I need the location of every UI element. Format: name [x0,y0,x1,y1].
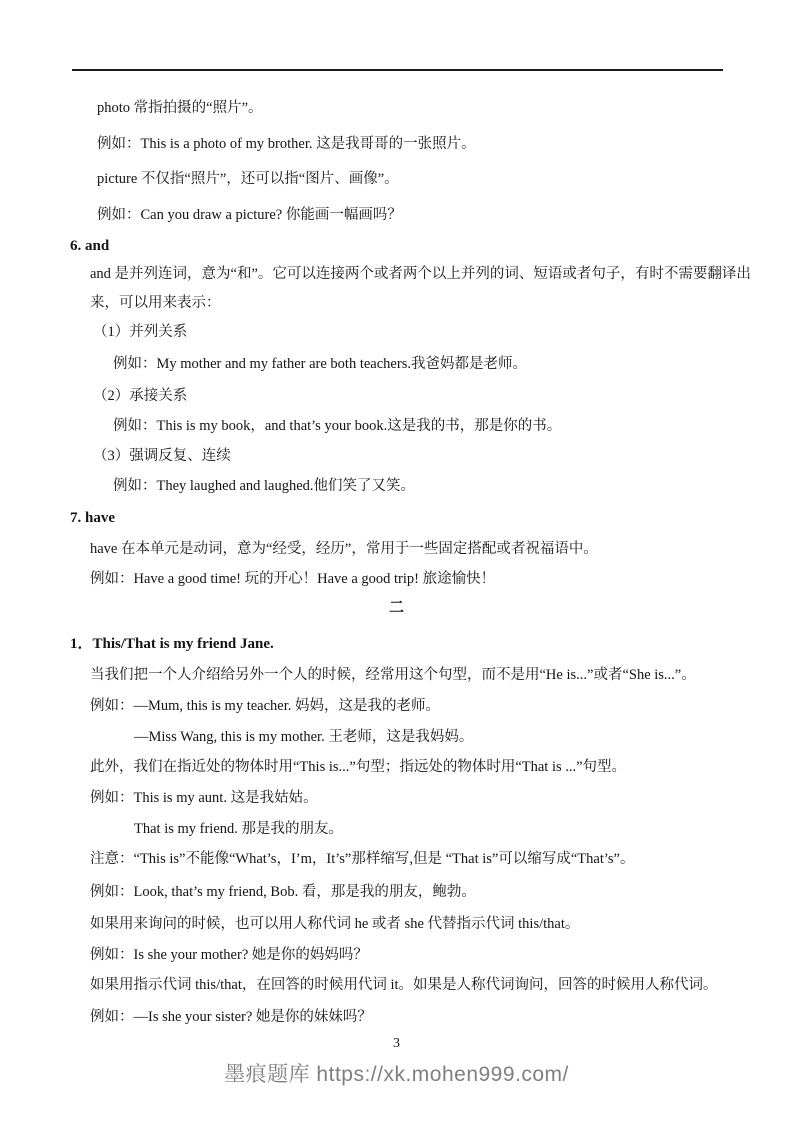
section-heading: 1．This/That is my friend Jane. [70,636,274,653]
page-number: 3 [0,1036,793,1052]
text-line: 例如：This is a photo of my brother. 这是我哥哥的… [97,136,476,153]
section-heading: 6. and [70,238,109,255]
text-line: 例如：—Is she your sister? 她是你的妹妹吗？ [90,1009,372,1026]
text-line: 此外，我们在指近处的物体时用“This is...”句型；指远处的物体时用“Th… [90,759,626,776]
text-line: 例如：They laughed and laughed.他们笑了又笑。 [113,478,415,495]
footer-watermark: 墨痕题库 https://xk.mohen999.com/ [0,1058,793,1088]
text-line: and 是并列连词，意为“和”。它可以连接两个或者两个以上并列的词、短语或者句子… [90,266,751,283]
document-page: photo 常指拍摄的“照片”。例如：This is a photo of my… [0,0,793,1122]
text-line: （1）并列关系 [93,324,187,341]
text-line: 例如：—Mum, this is my teacher. 妈妈，这是我的老师。 [90,698,440,715]
text-line: 例如：Have a good time! 玩的开心！Have a good tr… [90,571,495,588]
text-line: 如果用来询问的时候，也可以用人称代词 he 或者 she 代替指示代词 this… [90,916,579,933]
text-line: picture 不仅指“照片”，还可以指“图片、画像”。 [97,171,399,188]
section-heading: 二 [0,600,793,617]
text-line: 如果用指示代词 this/that，在回答的时候用代词 it。如果是人称代词询问… [90,977,718,994]
text-line: 例如：Look, that’s my friend, Bob. 看，那是我的朋友… [90,884,476,901]
text-line: 例如：This is my aunt. 这是我姑姑。 [90,790,318,807]
text-line: 例如：Can you draw a picture? 你能画一幅画吗？ [97,207,402,224]
text-line: —Miss Wang, this is my mother. 王老师，这是我妈妈… [134,729,473,746]
section-heading: 7. have [70,510,115,527]
header-divider [72,69,723,71]
text-line: 来，可以用来表示： [90,295,221,312]
text-line: 当我们把一个人介绍给另外一个人的时候，经常用这个句型，而不是用“He is...… [90,667,696,684]
text-line: 例如：My mother and my father are both teac… [113,356,527,373]
text-line: have 在本单元是动词，意为“经受，经历”，常用于一些固定搭配或者祝福语中。 [90,541,598,558]
text-line: 例如：This is my book，and that’s your book.… [113,418,561,435]
text-line: That is my friend. 那是我的朋友。 [134,821,343,838]
text-line: （2）承接关系 [93,388,187,405]
text-line: 例如：Is she your mother? 她是你的妈妈吗？ [90,947,368,964]
text-line: 注意：“This is”不能像“What’s，I’m，It’s”那样缩写,但是 … [90,851,634,868]
text-line: photo 常指拍摄的“照片”。 [97,100,263,117]
text-line: （3）强调反复、连续 [93,448,231,465]
